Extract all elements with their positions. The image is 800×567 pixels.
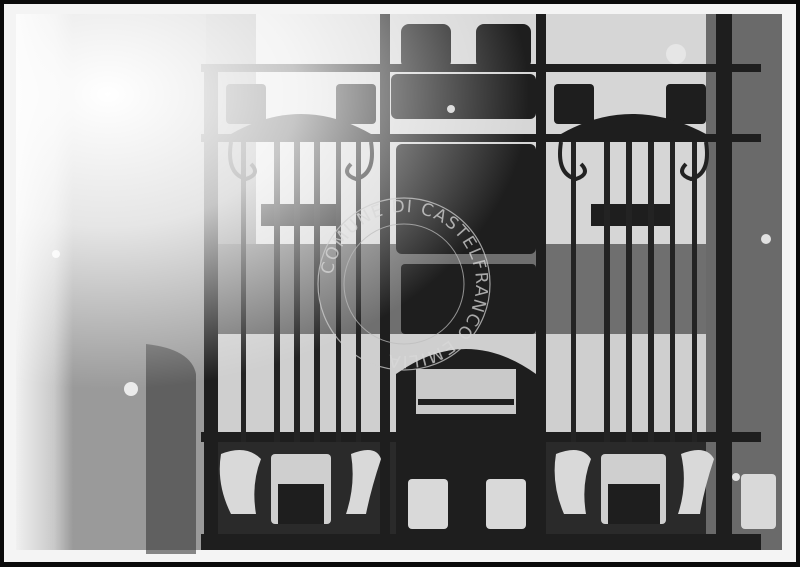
gate-photo-image: COMUNE DI CASTELFRANCO EMILIA (4, 4, 796, 562)
archival-photograph: COMUNE DI CASTELFRANCO EMILIA (4, 4, 796, 562)
